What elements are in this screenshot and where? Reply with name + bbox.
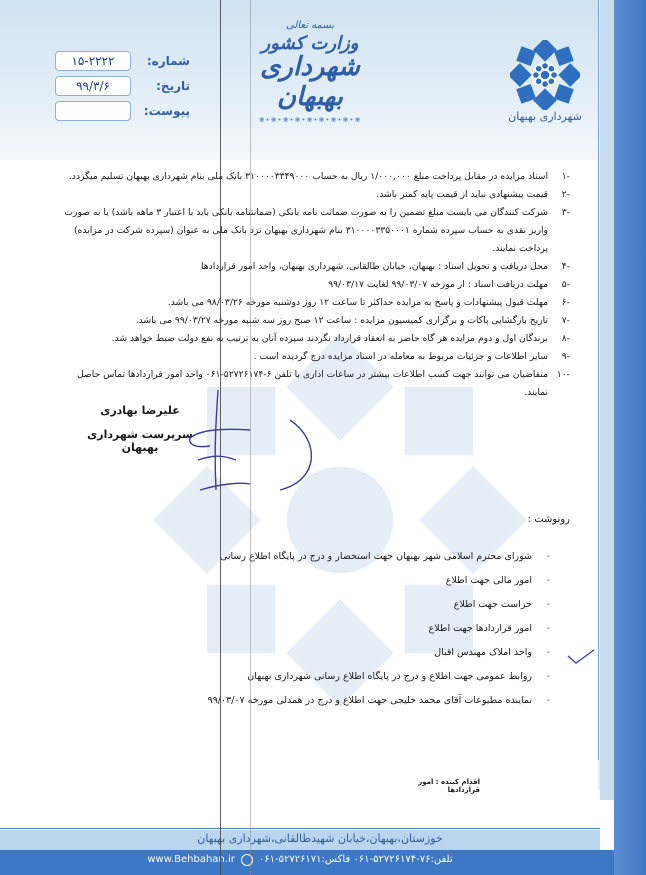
ministry-name: وزارت کشور <box>240 33 380 54</box>
item-number: -۷ <box>548 312 570 330</box>
list-item: -۴محل دریافت و تحویل اسناد : بهبهان، خیا… <box>60 258 570 276</box>
letter-meta: شماره: ۱۵-۲۲۲۲ تاریخ: ۹۹/۳/۶ پیوست: <box>40 50 190 125</box>
item-text: محل دریافت و تحویل اسناد : بهبهان، خیابا… <box>60 258 548 276</box>
list-item: -۹سایر اطلاعات و جزئیات مربوط به معامله … <box>60 348 570 366</box>
right-band-light <box>600 0 614 800</box>
signatory-name: علیرضا بهادری <box>95 404 185 417</box>
cc-item: -روابط عمومی جهت اطلاع و درج در پایگاه ا… <box>200 665 550 689</box>
list-item: -۱اسناد مزایده در مقابل پرداخت مبلغ ۱/۰۰… <box>60 168 570 186</box>
number-row: شماره: ۱۵-۲۲۲۲ <box>40 50 190 72</box>
attachment-row: پیوست: <box>40 100 190 122</box>
cc-item: -شورای محترم اسلامی شهر بهبهان جهت استحض… <box>200 545 550 569</box>
footer-contact: www.Behbahan.ir تلفن:۷۶-۵۲۷۲۶۱۷۴-۰۶۱ فاک… <box>110 854 490 866</box>
cc-item-text: امور قراردادها جهت اطلاع <box>429 617 532 641</box>
item-number: -۶ <box>548 294 570 312</box>
item-number: -۱ <box>548 168 570 186</box>
item-number: -۱۰ <box>548 366 570 402</box>
cc-item: -نماینده مطبوعات آقای محمد خلیجی جهت اطل… <box>200 689 550 713</box>
item-number: -۴ <box>548 258 570 276</box>
municipality-name: شهرداری بهبهان <box>240 52 380 112</box>
list-item: -۵مهلت دریافت اسناد : از مورخه ۹۹/۰۳/۰۷ … <box>60 276 570 294</box>
website-link[interactable]: www.Behbahan.ir <box>147 854 235 866</box>
item-text: سایر اطلاعات و جزئیات مربوط به معامله در… <box>60 348 548 366</box>
number-value: ۱۵-۲۲۲۲ <box>55 51 131 71</box>
checkmark-icon <box>566 648 596 666</box>
action-note: اقدام کننده : امور قراردادها <box>400 778 480 794</box>
item-text: شرکت کنندگان می بایست مبلغ تضمین را به ص… <box>60 204 548 258</box>
item-number: -۸ <box>548 330 570 348</box>
cc-item-text: امور مالی جهت اطلاع <box>446 569 532 593</box>
municipality-logo-icon <box>510 40 580 110</box>
item-text: اسناد مزایده در مقابل پرداخت مبلغ ۱/۰۰۰,… <box>60 168 548 186</box>
attachment-label: پیوست: <box>135 104 190 118</box>
cc-list: -شورای محترم اسلامی شهر بهبهان جهت استحض… <box>200 545 550 713</box>
footer-line <box>0 828 600 829</box>
globe-icon <box>241 854 253 866</box>
list-item: -۷تاریخ بازگشایی پاکات و برگزاری کمیسیون… <box>60 312 570 330</box>
date-row: تاریخ: ۹۹/۳/۶ <box>40 75 190 97</box>
footer-address: خوزستان،بهبهان،خیابان شهیدطالقانی،شهردار… <box>190 832 450 845</box>
cc-item: -امور قراردادها جهت اطلاع <box>200 617 550 641</box>
list-item: -۶مهلت قبول پیشنهادات و پاسخ به مزایده ح… <box>60 294 570 312</box>
item-text: مهلت قبول پیشنهادات و پاسخ به مزایده حدا… <box>60 294 548 312</box>
bismillah: بسمه تعالی <box>240 20 380 31</box>
phone-fax: تلفن:۷۶-۵۲۷۲۶۱۷۴-۰۶۱ فاکس:۵۲۷۲۶۱۷۱-۰۶۱ <box>259 854 453 866</box>
cc-item: -واحد املاک مهندس اقبال <box>200 641 550 665</box>
cc-item-text: واحد املاک مهندس اقبال <box>434 641 532 665</box>
cc-item-text: روابط عمومی جهت اطلاع و درج در پایگاه اط… <box>247 665 532 689</box>
date-value: ۹۹/۳/۶ <box>55 76 131 96</box>
conditions-list: -۱اسناد مزایده در مقابل پرداخت مبلغ ۱/۰۰… <box>60 168 570 402</box>
logo-caption: شهرداری بهبهان <box>490 110 600 123</box>
scan-artifact-line <box>250 0 251 875</box>
right-band-dark <box>614 0 646 875</box>
item-number: -۳ <box>548 204 570 258</box>
letterhead-title: بسمه تعالی وزارت کشور شهرداری بهبهان ❀•❀… <box>240 20 380 124</box>
cc-item: -امور مالی جهت اطلاع <box>200 569 550 593</box>
item-number: -۹ <box>548 348 570 366</box>
scan-artifact-line <box>220 0 221 875</box>
item-number: -۲ <box>548 186 570 204</box>
attachment-value <box>55 101 131 121</box>
list-item: -۲قیمت پیشنهادی نباید از قیمت پایه کمتر … <box>60 186 570 204</box>
list-item: -۳شرکت کنندگان می بایست مبلغ تضمین را به… <box>60 204 570 258</box>
item-text: قیمت پیشنهادی نباید از قیمت پایه کمتر با… <box>60 186 548 204</box>
item-text: تاریخ بازگشایی پاکات و برگزاری کمیسیون م… <box>60 312 548 330</box>
date-label: تاریخ: <box>135 79 190 93</box>
item-number: -۵ <box>548 276 570 294</box>
cc-item-text: شورای محترم اسلامی شهر بهبهان جهت استحضا… <box>220 545 532 569</box>
cc-item-text: نماینده مطبوعات آقای محمد خلیجی جهت اطلا… <box>208 689 532 713</box>
cc-heading: رونوشت : <box>500 514 570 525</box>
cc-item: -حراست جهت اطلاع <box>200 593 550 617</box>
letter-page: شهرداری بهبهان بسمه تعالی وزارت کشور شهر… <box>0 0 646 875</box>
ornament-divider: ❀•❀•❀•❀•❀•❀•❀•❀•❀ <box>240 116 380 124</box>
item-text: مهلت دریافت اسناد : از مورخه ۹۹/۰۳/۰۷ لغ… <box>60 276 548 294</box>
list-item: -۸برندگان اول و دوم مزایده هر گاه حاضر ب… <box>60 330 570 348</box>
cc-item-text: حراست جهت اطلاع <box>454 593 532 617</box>
number-label: شماره: <box>135 54 190 68</box>
item-text: برندگان اول و دوم مزایده هر گاه حاضر به … <box>60 330 548 348</box>
